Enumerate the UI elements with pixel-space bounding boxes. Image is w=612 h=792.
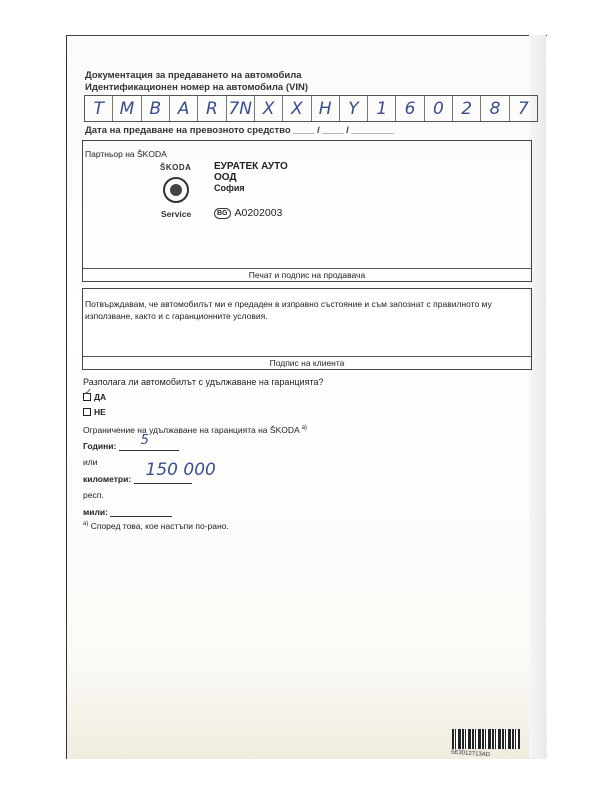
km-label: километри: (83, 474, 131, 484)
dealer-code-row: BGA0202003 (214, 207, 282, 219)
dealer-info: ЕУРАТЕК АУТО ООД София (214, 161, 288, 194)
warranty-limit: Ограничение на удължаване на гаранцията … (83, 425, 307, 435)
miles-field[interactable]: мили: (83, 506, 172, 517)
vin-cell[interactable]: Y (340, 96, 368, 121)
dealer-city: София (214, 183, 288, 194)
vin-cell[interactable]: 8 (481, 96, 509, 121)
years-field[interactable]: Години: 5 (83, 440, 179, 451)
vin-cell[interactable]: B (142, 96, 170, 121)
option-no-label: НЕ (94, 407, 106, 417)
service-label: Service (161, 209, 191, 219)
vin-label: Идентификационен номер на автомобила (VI… (85, 82, 308, 93)
document-heading: Документация за предаването на автомобил… (85, 70, 302, 81)
seller-signature-label: Печат и подпис на продавача (83, 268, 531, 281)
handover-date-value[interactable]: ____ / ____ / ________ (293, 125, 393, 136)
dealer-box: Печат и подпис на продавача (82, 140, 532, 282)
dealer-code: A0202003 (235, 207, 283, 219)
option-no[interactable]: НЕ (83, 407, 106, 417)
vin-cell[interactable]: H (312, 96, 340, 121)
client-signature-label: Подпис на клиента (83, 356, 531, 369)
vin-cell[interactable]: 7 (510, 96, 537, 121)
years-label: Години: (83, 441, 116, 451)
km-input[interactable]: 150 000 (134, 473, 192, 484)
footnote: a) Според това, кое настъпи по-рано. (83, 521, 229, 531)
skoda-logo-icon (163, 177, 189, 203)
handover-date-field[interactable]: Дата на предаване на превозното средство… (85, 125, 394, 136)
vin-cell[interactable]: M (113, 96, 141, 121)
checkbox-no[interactable] (83, 408, 91, 416)
checkmark-icon: ✓ (84, 387, 92, 398)
warranty-limit-label: Ограничение на удължаване на гаранцията … (83, 425, 299, 435)
client-statement: Потвърждавам, че автомобилът ми е предад… (85, 298, 525, 322)
vin-cell[interactable]: T (85, 96, 113, 121)
resp-label: респ. (83, 490, 104, 500)
vin-cell[interactable]: 6 (396, 96, 424, 121)
vin-field[interactable]: TMBAR7NXXHY160287 (84, 95, 538, 122)
footnote-text: Според това, кое настъпи по-рано. (91, 521, 229, 531)
vin-cell[interactable]: 2 (453, 96, 481, 121)
footnote-mark: a) (302, 425, 307, 431)
skoda-wordmark: ŠKODA (160, 163, 191, 172)
barcode (452, 729, 520, 749)
vin-cell[interactable]: X (255, 96, 283, 121)
country-badge: BG (214, 208, 231, 219)
partner-label: Партньор на ŠKODA (85, 149, 167, 159)
or-label: или (83, 457, 97, 467)
dealer-type: ООД (214, 172, 288, 183)
km-value: 150 000 (146, 460, 216, 480)
option-yes-label: ДА (94, 392, 106, 402)
vin-cell[interactable]: A (170, 96, 198, 121)
vin-cell[interactable]: 1 (368, 96, 396, 121)
miles-label: мили: (83, 507, 108, 517)
vin-cell[interactable]: 0 (425, 96, 453, 121)
years-value: 5 (141, 433, 149, 448)
vin-cell[interactable]: 7N (227, 96, 255, 121)
footnote-mark-2: a) (83, 521, 88, 527)
warranty-question: Разполага ли автомобилът с удължаване на… (83, 377, 324, 387)
dealer-name: ЕУРАТЕК АУТО (214, 161, 288, 172)
option-yes[interactable]: ✓ДА (83, 392, 106, 402)
km-field[interactable]: километри: 150 000 (83, 473, 192, 484)
years-input[interactable]: 5 (119, 440, 179, 451)
vin-cell[interactable]: R (198, 96, 226, 121)
handover-date-label: Дата на предаване на превозното средство (85, 125, 291, 136)
miles-input[interactable] (110, 506, 172, 517)
vin-cell[interactable]: X (283, 96, 311, 121)
